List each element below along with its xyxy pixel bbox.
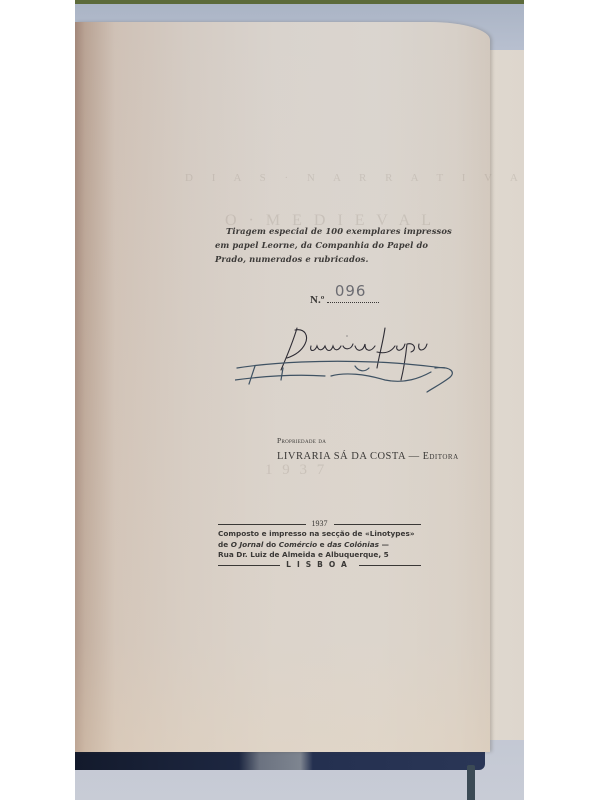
newspaper-name: O Jornal	[231, 540, 264, 549]
colophon-year-row: 1937	[218, 519, 421, 529]
signature-rodrigues-lapa	[281, 328, 427, 380]
publisher-role: Editora	[423, 451, 459, 462]
copy-number: N.º 096	[310, 292, 379, 306]
newspaper-name: Comércio	[279, 540, 317, 549]
notice-line: em papel Leorne, da Companhia do Papel d…	[215, 238, 425, 252]
publisher-line: LIVRARIA SÁ DA COSTA — Editora	[277, 451, 459, 462]
copy-number-dotted-line: 096	[327, 292, 379, 303]
divider	[218, 565, 280, 566]
show-through-text: 1 9 3 7	[265, 462, 327, 479]
copy-number-label: N.º	[310, 294, 324, 306]
copy-number-value: 096	[335, 282, 367, 300]
book-photo: D I A S · N A R R A T I V A S O · M E D …	[75, 0, 524, 800]
divider	[359, 565, 421, 566]
backdrop-edge	[75, 0, 524, 4]
book-cover-bottom-edge	[75, 752, 485, 770]
limited-edition-notice: Tiragem especial de 100 exemplares impre…	[215, 224, 425, 266]
colophon-year: 1937	[306, 519, 334, 530]
publisher-name: LIVRARIA SÁ DA COSTA	[277, 451, 405, 462]
newspaper-name: das Colónias	[327, 540, 379, 549]
colophon-text: do	[263, 540, 278, 549]
colophon-line: Rua Dr. Luiz de Almeida e Albuquerque, 5	[218, 550, 421, 561]
colophon-text: de	[218, 540, 231, 549]
colophon-city: LISBOA	[280, 560, 359, 571]
colophon-text: e	[317, 540, 327, 549]
colophon-city-row: LISBOA	[218, 561, 421, 571]
colophon-text: —	[379, 540, 389, 549]
divider	[334, 524, 422, 525]
signature-second	[235, 361, 452, 392]
publisher-prefix: Propriedade da	[277, 436, 326, 445]
notice-line: Prado, numerados e rubricados.	[215, 252, 425, 266]
divider	[218, 524, 306, 525]
colophon-page: D I A S · N A R R A T I V A S O · M E D …	[75, 22, 490, 752]
notice-line: Tiragem especial de 100 exemplares impre…	[215, 224, 425, 238]
bookmark-ribbon	[467, 765, 475, 800]
colophon-line: de O Jornal do Comércio e das Colónias —	[218, 540, 421, 551]
colophon-line: Composto e impresso na secção de «Linoty…	[218, 529, 421, 540]
handwritten-signatures	[235, 322, 465, 402]
printer-colophon: 1937 Composto e impresso na secção de «L…	[218, 519, 421, 571]
show-through-text: D I A S · N A R R A T I V A S	[185, 172, 524, 184]
publisher-separator: —	[409, 451, 420, 462]
